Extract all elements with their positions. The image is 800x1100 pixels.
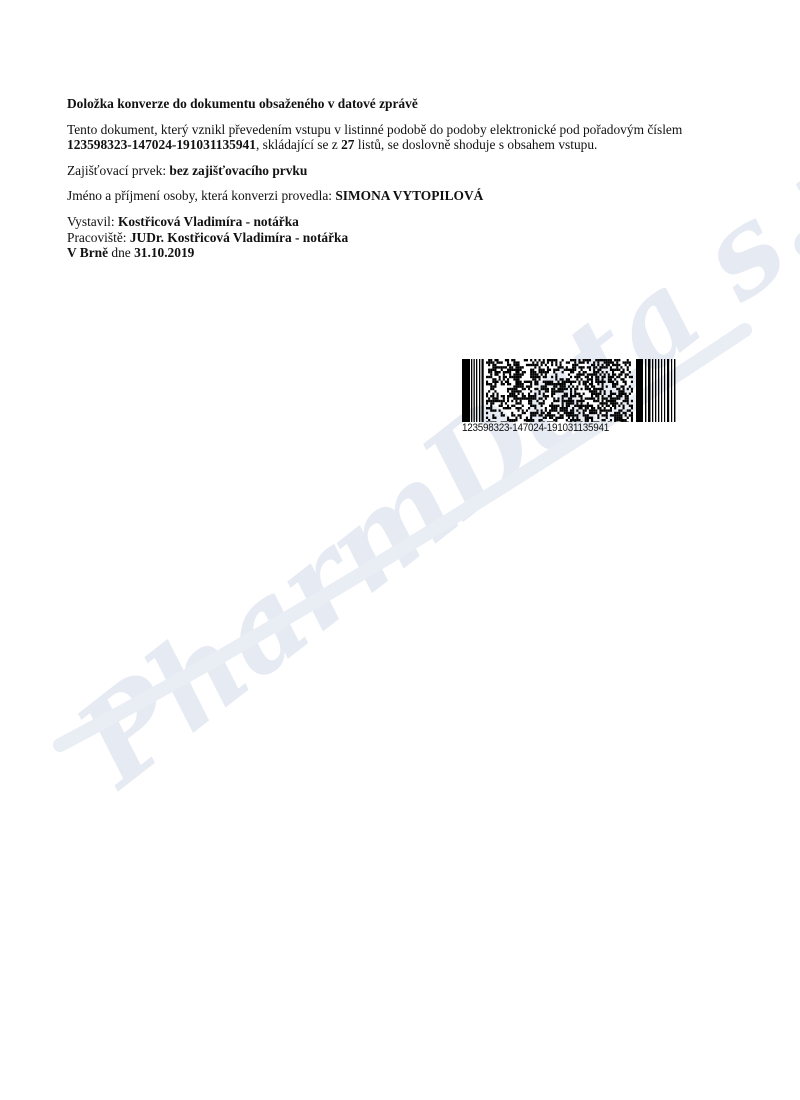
conversion-number: 123598323-147024-191031135941 [67,137,256,152]
security-line: Zajišťovací prvek: bez zajišťovacího prv… [67,163,747,179]
security-value: bez zajišťovacího prvku [169,163,307,178]
document-title: Doložka konverze do dokumentu obsaženého… [67,96,747,112]
place-date-line: V Brně dne 31.10.2019 [67,245,747,261]
converter-name: SIMONA VYTOPILOVÁ [335,188,483,203]
barcode-block: 123598323-147024-191031135941 [462,359,676,434]
workplace-value: JUDr. Kostřicová Vladimíra - notářka [130,230,348,245]
intro-paragraph: Tento dokument, který vznikl převedením … [67,122,747,153]
sheet-count: 27 [341,137,354,152]
date-connector: dne [108,245,134,260]
intro-text-3: listů, se doslovně shoduje s obsahem vst… [355,137,598,152]
converter-label: Jméno a příjmení osoby, která konverzi p… [67,188,335,203]
workplace-label: Pracoviště: [67,230,130,245]
converter-line: Jméno a příjmení osoby, která konverzi p… [67,188,747,204]
barcode-caption: 123598323-147024-191031135941 [462,423,661,434]
intro-text-2: , skládající se z [256,137,341,152]
workplace-line: Pracoviště: JUDr. Kostřicová Vladimíra -… [67,230,747,246]
place: V Brně [67,245,108,260]
security-label: Zajišťovací prvek: [67,163,169,178]
issued-by-line: Vystavil: Kostřicová Vladimíra - notářka [67,214,747,230]
issued-by-label: Vystavil: [67,214,118,229]
issued-by-value: Kostřicová Vladimíra - notářka [118,214,299,229]
pdf417-barcode [462,359,676,422]
date: 31.10.2019 [134,245,194,260]
intro-text-1: Tento dokument, který vznikl převedením … [67,122,682,137]
conversion-clause: Doložka konverze do dokumentu obsaženého… [67,96,747,261]
